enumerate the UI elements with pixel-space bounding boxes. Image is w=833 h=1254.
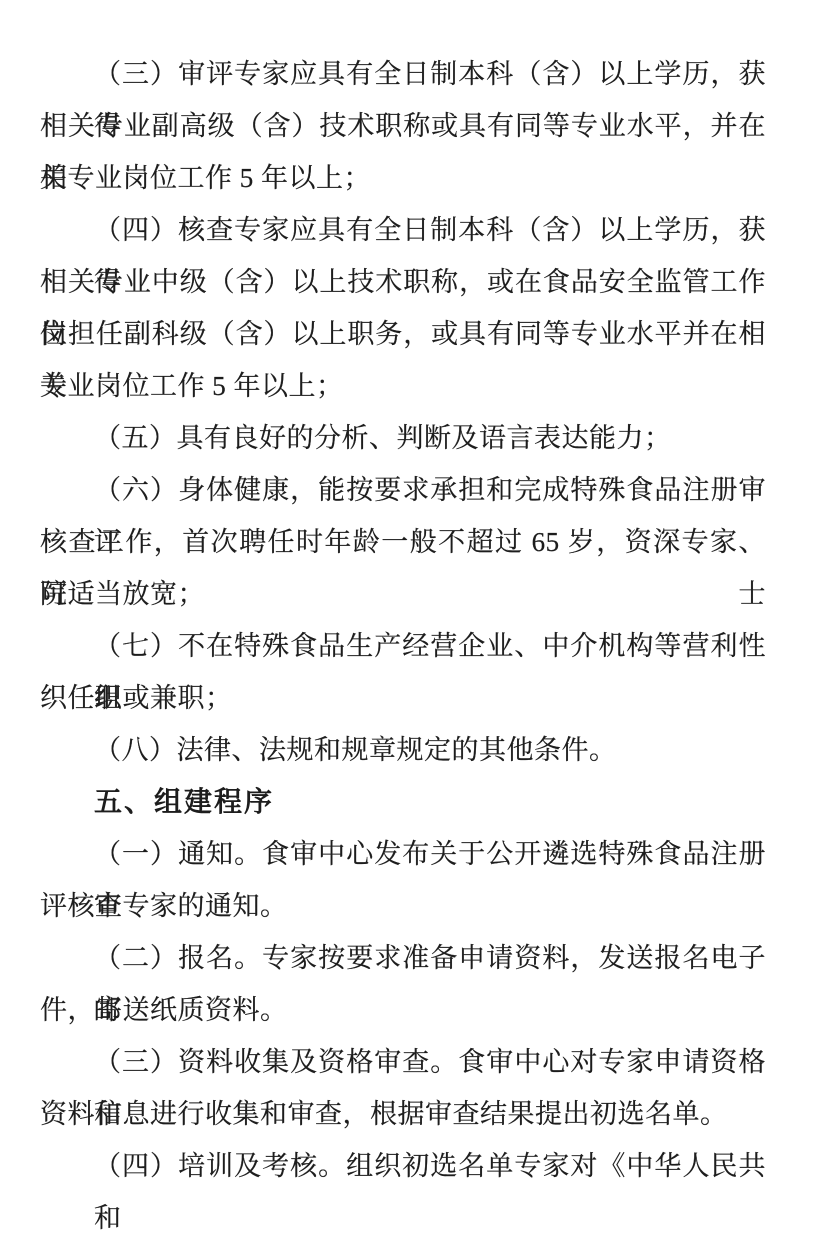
text-line: 织任职或兼职； xyxy=(40,672,766,724)
text-line: 资料信息进行收集和审查，根据审查结果提出初选名单。 xyxy=(40,1088,766,1140)
text-line: （二）报名。专家按要求准备申请资料，发送报名电子邮 xyxy=(40,932,766,984)
text-line: 相关专业副高级（含）技术职称或具有同等专业水平，并在相 xyxy=(40,100,766,152)
document-page: （三）审评专家应具有全日制本科（含）以上学历，获得 相关专业副高级（含）技术职称… xyxy=(40,48,766,1192)
text-line: （三）资料收集及资格审查。食审中心对专家申请资格和 xyxy=(40,1036,766,1088)
text-line: （七）不在特殊食品生产经营企业、中介机构等营利性组 xyxy=(40,620,766,672)
text-line: 相关专业中级（含）以上技术职称，或在食品安全监管工作岗 xyxy=(40,256,766,308)
text-line: 位担任副科级（含）以上职务，或具有同等专业水平并在相关 xyxy=(40,308,766,360)
text-line: 核查工作，首次聘任时年龄一般不超过 65 岁，资深专家、院士 xyxy=(40,516,766,568)
text-line: 件，寄送纸质资料。 xyxy=(40,984,766,1036)
text-line: （六）身体健康，能按要求承担和完成特殊食品注册审评 xyxy=(40,464,766,516)
document-canvas: { "page": { "background": "#ffffff", "te… xyxy=(0,0,833,1254)
text-line: 专业岗位工作 5 年以上； xyxy=(40,360,766,412)
text-line: （四）培训及考核。组织初选名单专家对《中华人民共和 xyxy=(40,1140,766,1192)
text-line: （四）核查专家应具有全日制本科（含）以上学历，获得 xyxy=(40,204,766,256)
text-line: 评核查专家的通知。 xyxy=(40,880,766,932)
text-line: 关专业岗位工作 5 年以上； xyxy=(40,152,766,204)
text-line: （三）审评专家应具有全日制本科（含）以上学历，获得 xyxy=(40,48,766,100)
text-line: （一）通知。食审中心发布关于公开遴选特殊食品注册审 xyxy=(40,828,766,880)
text-line: （五）具有良好的分析、判断及语言表达能力； xyxy=(40,412,766,464)
section-heading: 五、组建程序 xyxy=(40,776,766,828)
text-line: （八）法律、法规和规章规定的其他条件。 xyxy=(40,724,766,776)
